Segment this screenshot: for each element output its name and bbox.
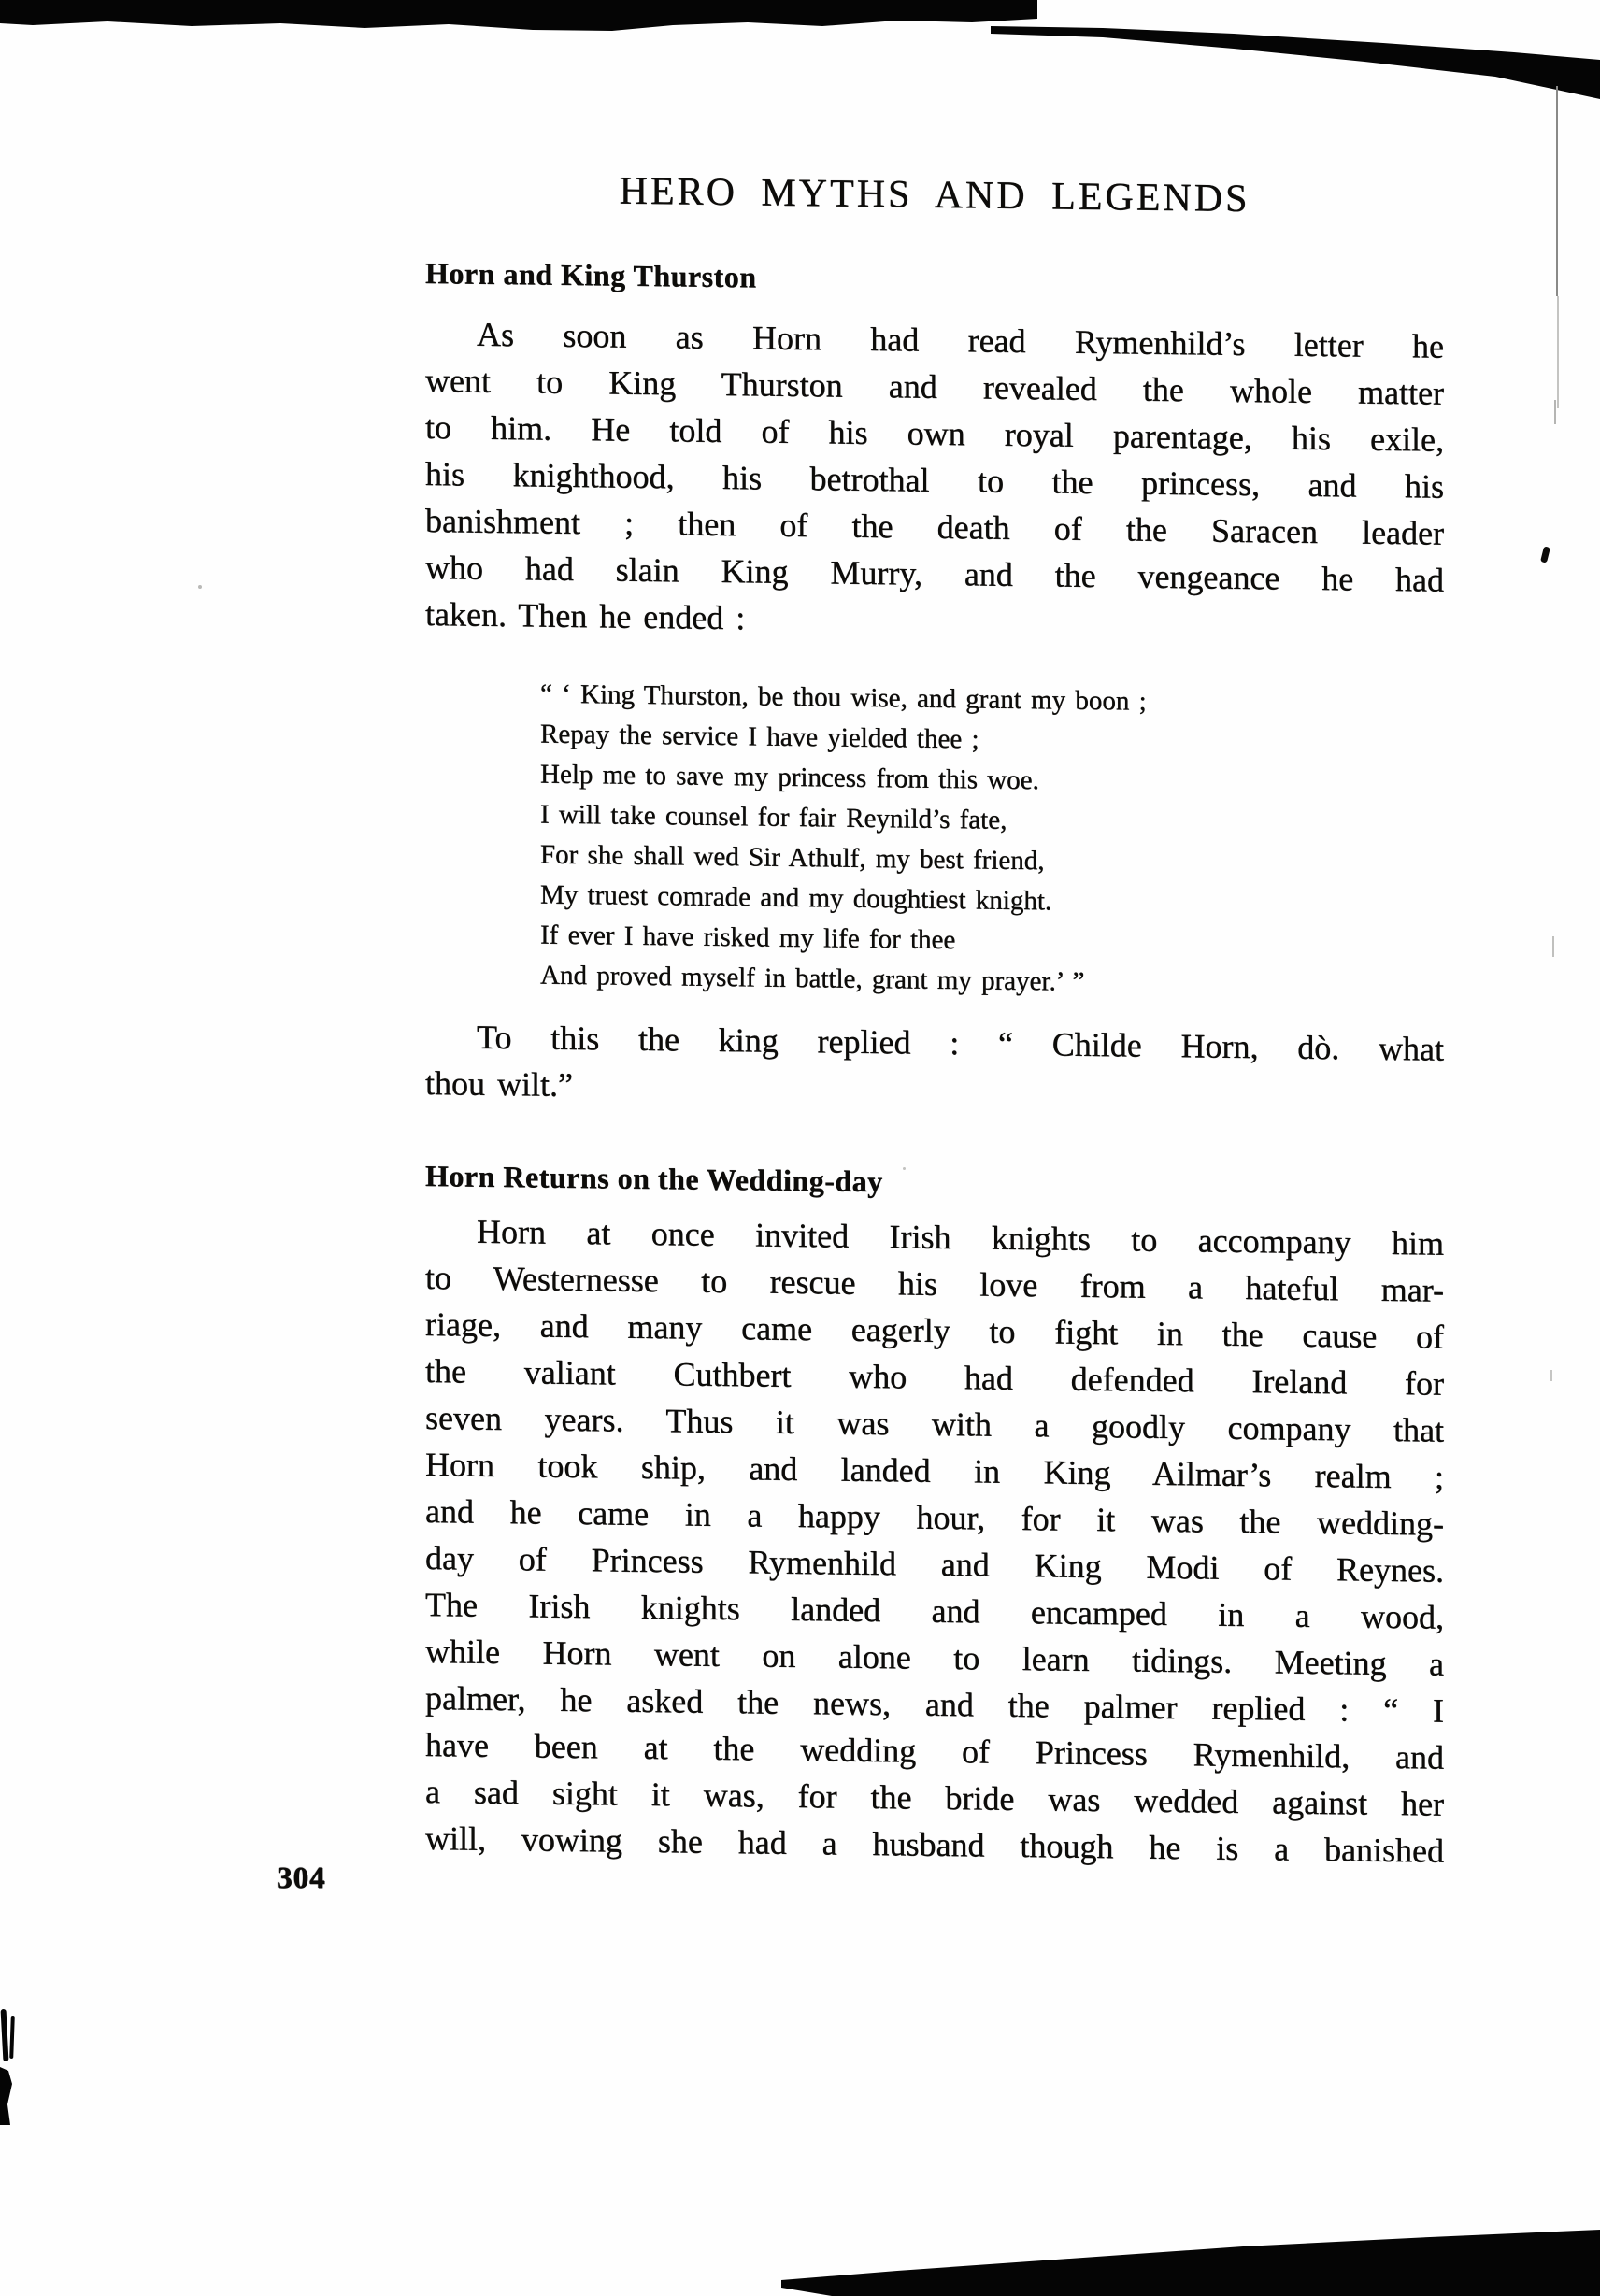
page-number: 304 [277,1861,326,1896]
verse-block: “ ‘ King Thurston, be thou wise, and gra… [540,675,1428,1007]
running-head-title: HERO MYTHS AND LEGENDS [425,166,1444,224]
section-heading-horn-returns: Horn Returns on the Wedding-day [425,1159,1444,1206]
scan-artifact-left-edge-mark [0,2067,12,2125]
paragraph-horn-returns: Horn at once invited Irish knights to ac… [425,1207,1444,1875]
page-edge-line-faint [1557,296,1559,408]
paragraph-horn-and-king-thurston: As soon as Horn had read Rymenhild’s let… [425,310,1444,650]
scan-artifact-left-edge-mark [9,2016,15,2059]
stray-dot [198,585,202,589]
page-edge-dash [1550,1370,1552,1381]
page-edge-line [1556,86,1558,296]
scan-artifact-left-edge-mark [1,2009,9,2061]
page-edge-dash [1552,936,1554,957]
scan-artifact-bottom-right-wedge [776,2228,1600,2296]
scanned-book-page: HERO MYTHS AND LEGENDS Horn and King Thu… [0,0,1600,2296]
page-edge-dash [1554,400,1556,424]
paragraph-king-reply: To this the king replied : “ Childe Horn… [425,1013,1444,1119]
scan-artifact-top-right-wedge [991,19,1600,99]
scan-artifact-top-bar [0,0,1037,34]
stray-ink-mark [1540,546,1550,563]
section-heading-horn-and-king-thurston: Horn and King Thurston [425,256,1444,304]
